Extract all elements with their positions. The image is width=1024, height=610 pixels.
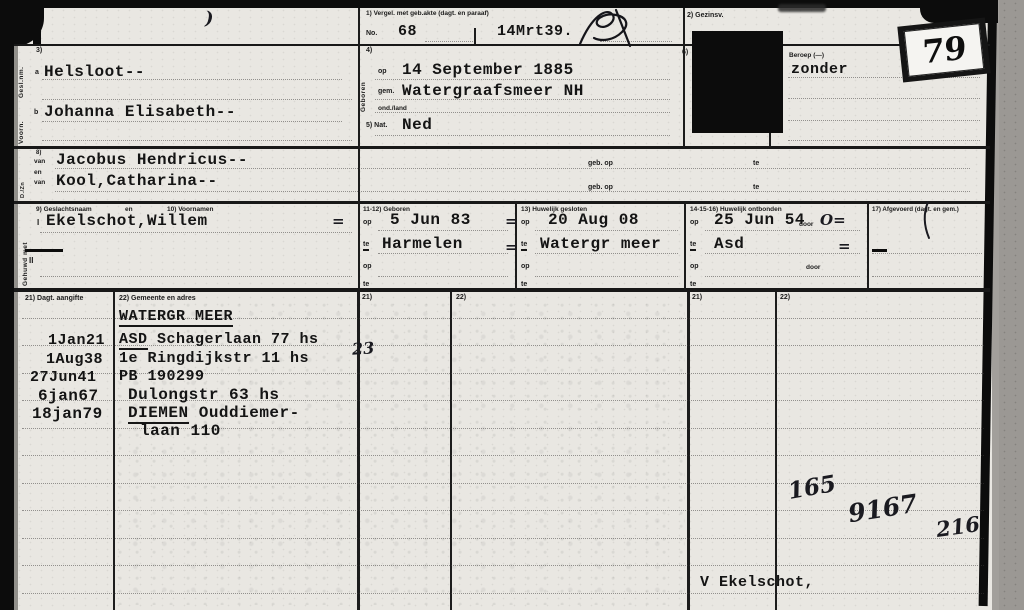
registration-date: 6jan67: [38, 388, 99, 406]
firstname-side-label: Voorn.: [19, 102, 26, 144]
wed-op-label: op: [521, 219, 530, 227]
field8-label: 8): [36, 150, 41, 157]
ruled-line: [375, 135, 670, 136]
ruled-line: [55, 191, 970, 192]
marker-a: a: [35, 69, 39, 77]
ruled-line: [375, 112, 670, 113]
corner-number: 79: [922, 26, 966, 75]
born-te-label: te: [363, 241, 369, 251]
ruled-line: [22, 538, 984, 539]
stray-pen-mark: ): [205, 8, 214, 29]
ruled-line: [872, 253, 982, 254]
marriage-row1-marker: I: [37, 218, 39, 227]
left-scan-edge: [0, 0, 14, 610]
ruled-line: [705, 276, 860, 277]
birth-date-value: 14 September 1885: [402, 62, 574, 80]
div-door2-label: door: [806, 264, 820, 271]
ink-smudge: [778, 4, 826, 12]
div-o-ditto-mark: O=: [820, 211, 846, 229]
short-divider-under-redaction: [769, 132, 771, 147]
beroep-value: zonder: [791, 62, 848, 79]
registration-date: 1Jan21: [48, 333, 105, 350]
birth-gem-label: gem.: [378, 88, 394, 96]
wed-place: Watergr meer: [540, 236, 661, 254]
grid-hline-4: [14, 288, 990, 292]
field6-label: 6): [682, 49, 688, 57]
born-op-label: op: [363, 219, 372, 227]
born-op2-label: op: [363, 263, 372, 271]
div-op2-label: op: [690, 263, 699, 271]
address-municipality: DIEMEN: [128, 404, 189, 424]
father-name: Jacobus Hendricus--: [56, 152, 248, 170]
address-line: PB 190299: [119, 369, 205, 386]
grid-vline-684-marriage: [684, 204, 686, 290]
box1-no-value: 68: [398, 24, 417, 41]
box1-date-value: 14Mrt39.: [497, 24, 573, 41]
field4-label: 4): [366, 47, 372, 55]
ruled-line: [535, 276, 678, 277]
ruled-line: [42, 99, 352, 100]
grid-vline-358-top: [358, 8, 360, 290]
redaction-box: [692, 31, 783, 133]
grid-vline-450: [450, 292, 452, 610]
address-line: WATERGR MEER: [119, 308, 233, 327]
mother-te-label: te: [753, 184, 759, 192]
col21-header: 21) Dagt. aangifte: [25, 295, 83, 303]
marriage-row2-marker: II: [29, 256, 33, 265]
grid-hline-2: [14, 146, 990, 149]
parents-van2-label: van: [34, 179, 45, 186]
wed-op2-label: op: [521, 263, 530, 271]
top-border: [14, 0, 992, 8]
ruled-line: [22, 455, 984, 456]
col22b-header: 22): [456, 294, 466, 302]
father-geb-op-label: geb. op: [588, 160, 613, 168]
parents-side-label: D./Zn: [21, 152, 27, 198]
handwritten-number: 23: [351, 338, 375, 359]
mother-geb-op-label: geb. op: [588, 184, 613, 192]
ruled-line: [22, 510, 984, 511]
registry-tick-mark: [33, 4, 41, 44]
registration-date: 27Jun41: [30, 370, 97, 387]
div-date: 25 Jun 54: [714, 212, 805, 230]
registration-date: 1Aug38: [46, 352, 103, 369]
ruled-line: [705, 230, 860, 231]
ditto-mark: =: [505, 238, 518, 256]
div-te-label: te: [690, 241, 696, 251]
birth-op-label: op: [378, 68, 387, 76]
box1-tick-divider: [474, 28, 476, 44]
ruled-line: [378, 230, 508, 231]
grid-hline-3: [14, 201, 990, 204]
ruled-line: [22, 565, 984, 566]
ruled-line: [788, 98, 980, 99]
ditto-mark: =: [505, 212, 518, 230]
col22-header: 22) Gemeente en adres: [119, 295, 196, 303]
paraaf-signature-icon: [572, 6, 642, 48]
div-door-label: door: [799, 221, 813, 228]
scanned-registration-card: 1) Vergel. met geb.akte (dagt. en paraaf…: [0, 0, 1024, 610]
ruled-line: [788, 140, 980, 141]
div-place: Asd: [714, 236, 744, 254]
birth-ond-label: ond./land: [378, 105, 407, 112]
outer-right-margin: [999, 0, 1024, 610]
ditto-mark: =: [332, 212, 345, 230]
grid-vline-113: [113, 292, 115, 610]
ruled-line: [378, 276, 508, 277]
col21b-header: 21): [362, 294, 372, 302]
col22c-header: 22): [780, 294, 790, 302]
ruled-line: [872, 276, 982, 277]
ruled-line: [22, 483, 984, 484]
div-op-label: op: [690, 219, 699, 227]
ruled-line: [40, 232, 352, 233]
pen-stroke-icon: [915, 200, 937, 240]
corner-number-box: 79: [904, 23, 984, 77]
wed-te-label: te: [521, 241, 527, 251]
field3-label: 3): [36, 47, 42, 55]
spouse-name: Ekelschot,Willem: [46, 213, 208, 231]
col21c-header: 21): [692, 294, 702, 302]
grid-vline-867: [867, 204, 869, 290]
ruled-line: [535, 230, 678, 231]
nationality-value: Ned: [402, 117, 432, 135]
firstnames-value: Johanna Elisabeth--: [44, 104, 236, 122]
box1-label: 1) Vergel. met geb.akte (dagt. en paraaf…: [366, 10, 489, 17]
surname-value: Helsloot--: [44, 64, 145, 82]
address-line: Schagerlaan 77 hs: [148, 331, 319, 348]
father-te-label: te: [753, 160, 759, 168]
wed-te2-label: te: [521, 281, 527, 289]
surname-side-label: Gesl.nm.: [19, 52, 26, 98]
ruled-line: [788, 120, 980, 121]
beroep-label: Beroep (—): [789, 52, 824, 59]
address-line: 1e Ringdijkstr 11 hs: [119, 351, 309, 368]
address-line: Ouddiemer-: [189, 404, 300, 422]
birth-place-value: Watergraafsmeer NH: [402, 83, 584, 101]
marker-b: b: [34, 109, 38, 117]
parents-van1-label: van: [34, 158, 45, 165]
mother-name: Kool,Catharina--: [56, 173, 218, 191]
box2-label: 2) Gezinsv.: [687, 12, 723, 20]
parents-en-label: en: [34, 169, 42, 176]
div-te2-label: te: [690, 281, 696, 289]
ditto-mark: =: [838, 237, 851, 255]
box1-no-label: No.: [366, 30, 377, 38]
birth-side-label: Geboren: [361, 58, 368, 112]
grid-vline-688-bottom: [687, 292, 690, 610]
handwritten-dash: [872, 249, 887, 252]
born-te2-label: te: [363, 281, 369, 289]
field5-label: 5) Nat.: [366, 122, 387, 130]
verification-signature: V Ekelschot,: [700, 575, 814, 592]
ruled-line: [42, 140, 352, 141]
address-municipality: ASD: [119, 331, 148, 350]
registration-date: 18jan79: [32, 406, 103, 424]
grid-hline-1: [14, 44, 990, 46]
grid-vline-683-top: [683, 8, 685, 147]
wed-date: 20 Aug 08: [548, 212, 639, 230]
born-place: Harmelen: [382, 236, 463, 254]
address-line: laan 110: [140, 423, 221, 441]
grid-vline-775: [775, 292, 777, 610]
born-date: 5 Jun 83: [390, 212, 471, 230]
ruled-line: [22, 593, 984, 594]
ruled-line: [425, 41, 473, 42]
address-line: Dulongstr 63 hs: [128, 387, 280, 405]
handwritten-underline: [25, 249, 63, 252]
ruled-line: [40, 276, 352, 277]
